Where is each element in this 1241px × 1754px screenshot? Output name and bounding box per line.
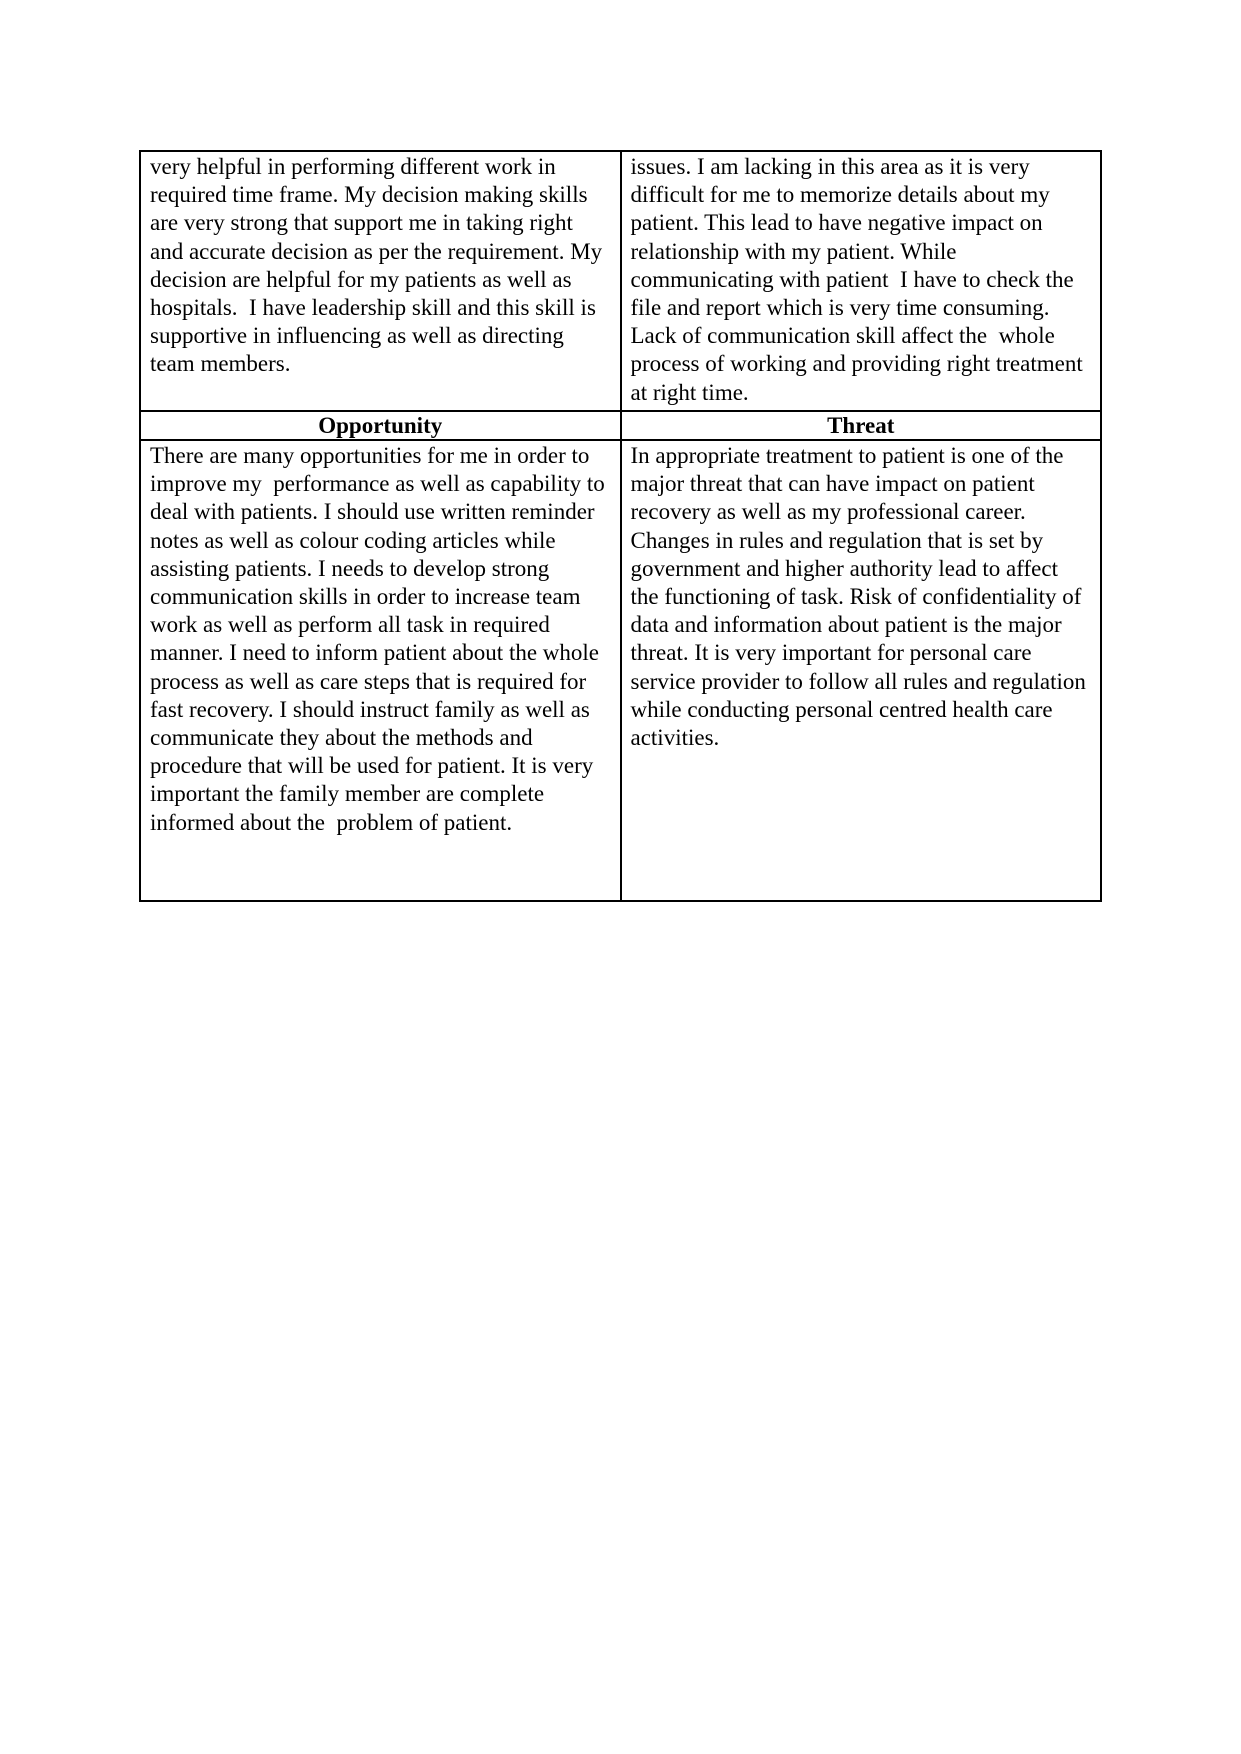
swot-continuation-row: very helpful in performing different wor… <box>140 151 1101 411</box>
opportunity-cell: There are many opportunities for me in o… <box>140 440 621 901</box>
threat-cell: In appropriate treatment to patient is o… <box>621 440 1102 901</box>
swot-body-row: There are many opportunities for me in o… <box>140 440 1101 901</box>
threat-header: Threat <box>621 411 1102 440</box>
strength-continuation-cell: very helpful in performing different wor… <box>140 151 621 411</box>
document-page: { "page": { "background": "#ffffff", "te… <box>0 0 1241 1754</box>
swot-header-row: Opportunity Threat <box>140 411 1101 440</box>
weakness-continuation-cell: issues. I am lacking in this area as it … <box>621 151 1102 411</box>
swot-table: very helpful in performing different wor… <box>139 150 1102 902</box>
opportunity-header: Opportunity <box>140 411 621 440</box>
